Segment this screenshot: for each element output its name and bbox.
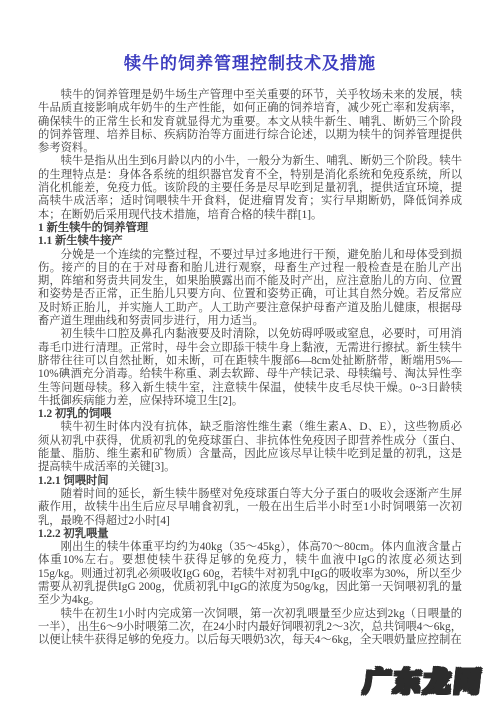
section-heading: 1.2 初乳的饲喂	[38, 408, 462, 421]
page-title: 犊牛的饲养管理控制技术及措施	[38, 54, 462, 74]
paragraph: 刚出生的犊牛体重平均约为40kg（35～45kg），体高70～80cm。体内血液…	[38, 541, 462, 607]
paragraph: 犊牛的饲养管理是奶牛场生产管理中至关重要的环节，关乎牧场未来的发展，犊牛品质直接…	[38, 89, 462, 155]
document-page: 犊牛的饲养管理控制技术及措施 犊牛的饲养管理是奶牛场生产管理中至关重要的环节，关…	[0, 0, 500, 707]
paragraph: 初生犊牛口腔及鼻孔内黏液要及时清除，以免妨碍呼吸或窒息，必要时，可用消毒毛巾进行…	[38, 328, 462, 408]
section-heading: 1.2.1 饲喂时间	[38, 475, 462, 488]
document-content: 犊牛的饲养管理控制技术及措施 犊牛的饲养管理是奶牛场生产管理中至关重要的环节，关…	[0, 0, 500, 647]
paragraph: 犊牛是指从出生到6月龄以内的小牛，一般分为新生、哺乳、断奶三个阶段。犊牛的生理特…	[38, 155, 462, 221]
document-body: 犊牛的饲养管理是奶牛场生产管理中至关重要的环节，关乎牧场未来的发展，犊牛品质直接…	[38, 89, 462, 647]
paragraph: 随着时间的延长，新生犊牛肠壁对免疫球蛋白等大分子蛋白的吸收会逐渐产生屏蔽作用，故…	[38, 488, 462, 528]
section-heading: 1 新生犊牛的饲养管理	[38, 222, 462, 235]
paragraph: 分娩是一个连续的完整过程，不要过早过多地进行干预，避免胎儿和母体受到损伤。接产的…	[38, 249, 462, 329]
section-heading: 1.2.2 初乳喂量	[38, 528, 462, 541]
site-watermark: 广东龙网	[362, 660, 486, 699]
paragraph: 犊牛初生时体内没有抗体，缺乏脂溶性维生素（维生素A、D、E），这些物质必须从初乳…	[38, 421, 462, 474]
paragraph: 犊牛在初生1小时内完成第一次饲喂，第一次初乳喂量至少应达到2kg（日喂量的一半）…	[38, 608, 462, 648]
section-heading: 1.1 新生犊牛接产	[38, 235, 462, 248]
